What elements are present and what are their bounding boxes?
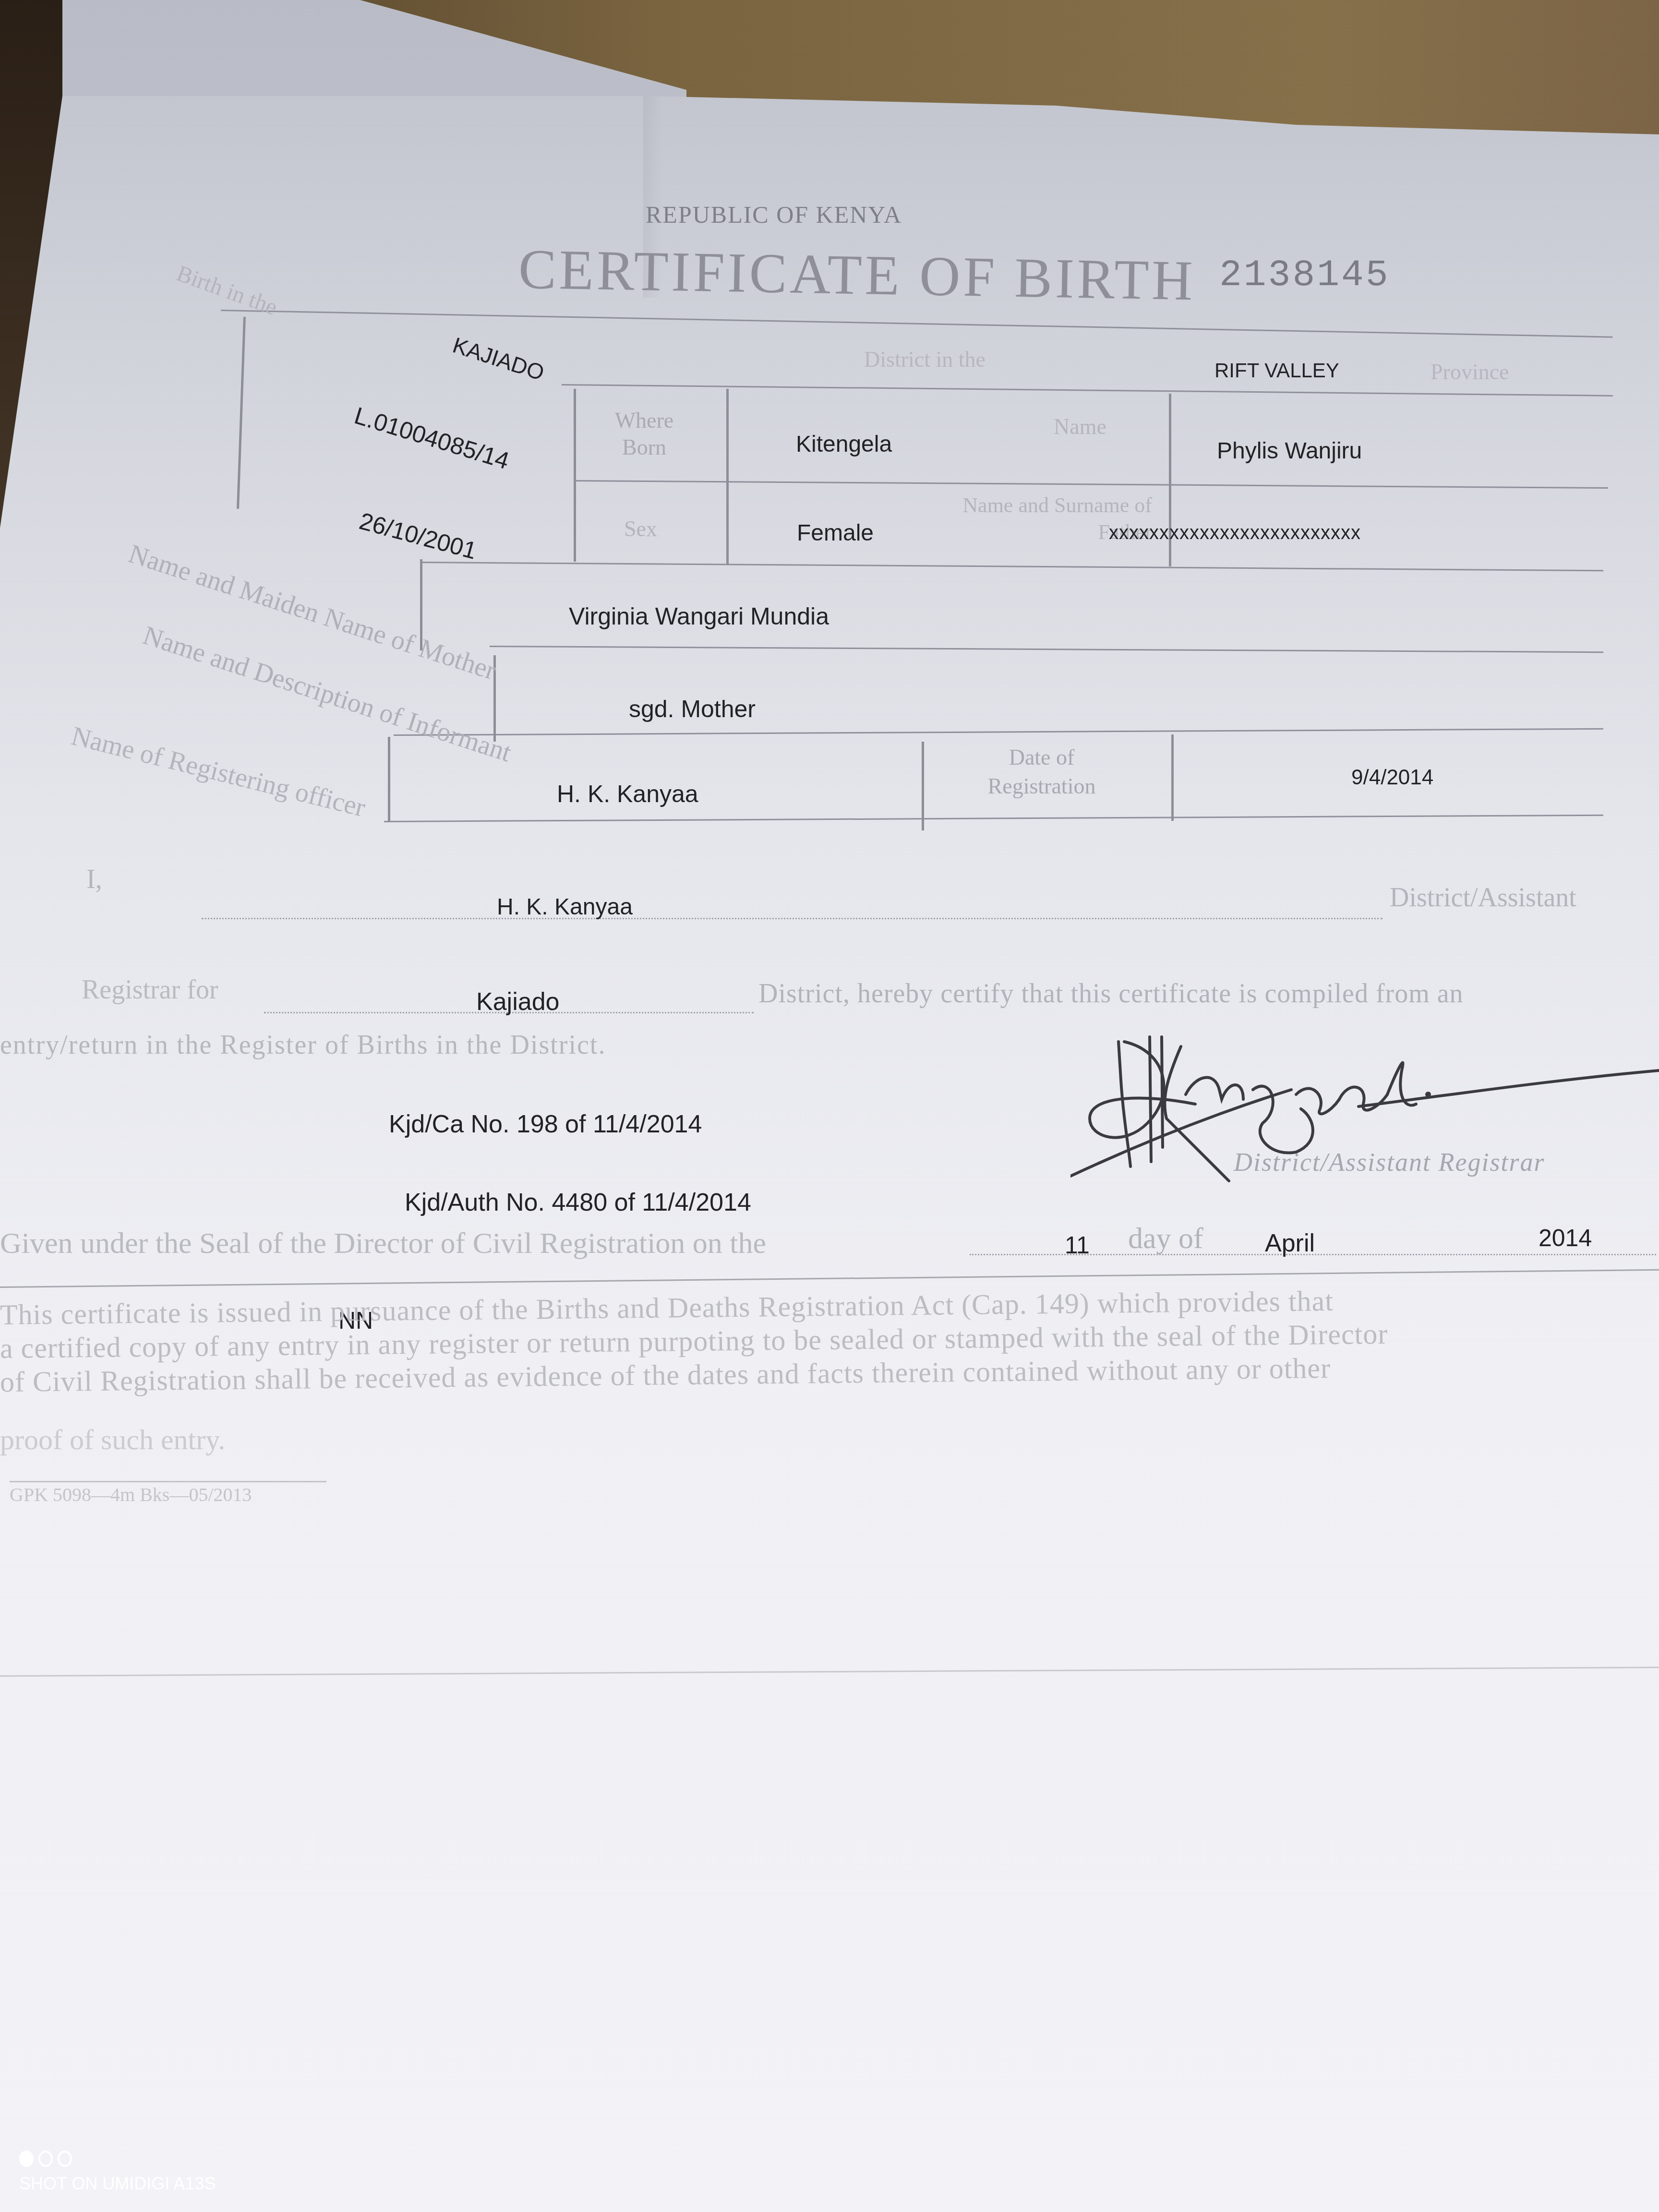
date-of-registration-value: 9/4/2014 bbox=[1351, 766, 1433, 790]
name-value: Phylis Wanjiru bbox=[1217, 438, 1362, 464]
document-title: CERTIFICATE OF BIRTH bbox=[518, 237, 1196, 314]
seal-year: 2014 bbox=[1539, 1224, 1592, 1252]
father-name-value: xxxxxxxxxxxxxxxxxxxxxxxxx bbox=[1109, 522, 1361, 544]
notice-line-4: proof of such entry. bbox=[0, 1423, 225, 1456]
label-where-born: Where Born bbox=[606, 407, 683, 461]
document-header: REPUBLIC OF KENYA bbox=[646, 201, 902, 228]
dot-icon bbox=[19, 2151, 34, 2167]
table-divider bbox=[922, 742, 924, 830]
table-divider bbox=[388, 737, 390, 821]
given-under-text: Given under the Seal of the Director of … bbox=[0, 1226, 766, 1261]
table-divider bbox=[1171, 734, 1174, 821]
ref-ca-number: Kjd/Ca No. 198 of 11/4/2014 bbox=[389, 1110, 702, 1139]
dot-icon bbox=[38, 2151, 53, 2167]
watermark-text: SHOT ON UMIDIGI A13S bbox=[19, 2174, 216, 2194]
cert-district: Kajiado bbox=[476, 987, 559, 1016]
print-code-rule bbox=[10, 1481, 326, 1482]
label-sex: Sex bbox=[624, 516, 657, 541]
sex-value: Female bbox=[797, 520, 874, 546]
registering-officer-value: H. K. Kanyaa bbox=[557, 780, 698, 808]
cert-prefix: I, bbox=[86, 864, 102, 895]
table-divider bbox=[726, 389, 729, 564]
day-of-label: day of bbox=[1128, 1222, 1203, 1256]
print-code: GPK 5098—4m Bks—05/2013 bbox=[10, 1483, 252, 1506]
signature-caption: District/Assistant Registrar bbox=[1234, 1147, 1545, 1177]
table-divider bbox=[574, 389, 576, 562]
where-born-value: Kitengela bbox=[796, 431, 892, 457]
label-name: Name bbox=[1054, 414, 1106, 439]
label-date-of-registration: Date of Registration bbox=[965, 743, 1118, 801]
camera-watermark: SHOT ON UMIDIGI A13S bbox=[19, 2151, 216, 2194]
dot-icon bbox=[58, 2151, 72, 2167]
label-province: Province bbox=[1431, 359, 1509, 385]
certify-text: District, hereby certify that this certi… bbox=[758, 978, 1464, 1009]
informant-value: sgd. Mother bbox=[629, 695, 756, 723]
ref-auth-number: Kjd/Auth No. 4480 of 11/4/2014 bbox=[405, 1188, 751, 1217]
seal-month: April bbox=[1265, 1229, 1315, 1258]
mother-name-value: Virginia Wangari Mundia bbox=[569, 602, 829, 630]
certify-text-2: entry/return in the Register of Births i… bbox=[0, 1030, 606, 1060]
registrar-for-label: Registrar for bbox=[82, 974, 218, 1005]
certifier-name: H. K. Kanyaa bbox=[497, 894, 633, 920]
label-district-in-the: District in the bbox=[864, 347, 986, 372]
role-suffix: District/Assistant bbox=[1390, 882, 1576, 913]
serial-number: 2138145 bbox=[1219, 254, 1390, 297]
seal-day: 11 bbox=[1065, 1231, 1090, 1259]
watermark-dots-icon bbox=[19, 2151, 216, 2167]
fill-line bbox=[202, 918, 1382, 919]
province-value: RIFT VALLEY bbox=[1214, 359, 1339, 382]
